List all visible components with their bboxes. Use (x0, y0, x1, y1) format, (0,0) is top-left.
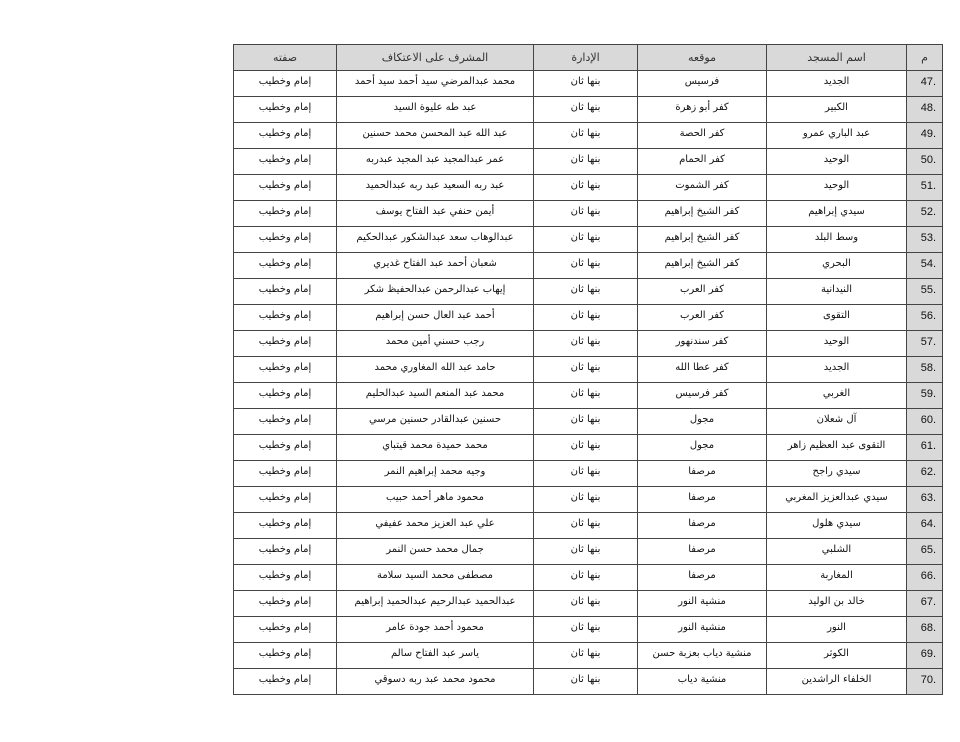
cell-num: 64. (907, 513, 943, 539)
cell-location: كفر الحمام (638, 149, 767, 175)
cell-num: 55. (907, 279, 943, 305)
cell-location: منشية دياب (638, 669, 767, 695)
header-location: موقعه (638, 45, 767, 71)
cell-location: كفر العرب (638, 279, 767, 305)
cell-supervisor: حامد عبد الله المغاوري محمد (337, 357, 534, 383)
cell-location: فرسيس (638, 71, 767, 97)
table-row: 47.الجديدفرسيسبنها ثانمحمد عبدالمرضي سيد… (234, 71, 943, 97)
cell-location: منشية النور (638, 617, 767, 643)
cell-admin: بنها ثان (534, 305, 638, 331)
cell-mosque: التقوى عبد العظيم زاهر (767, 435, 907, 461)
cell-admin: بنها ثان (534, 617, 638, 643)
table-row: 67.خالد بن الوليدمنشية النوربنها ثانعبدا… (234, 591, 943, 617)
cell-mosque: الوحيد (767, 149, 907, 175)
cell-role: إمام وخطيب (234, 461, 337, 487)
cell-location: كفر سندنهور (638, 331, 767, 357)
cell-supervisor: جمال محمد حسن النمر (337, 539, 534, 565)
cell-num: 51. (907, 175, 943, 201)
cell-admin: بنها ثان (534, 409, 638, 435)
cell-admin: بنها ثان (534, 461, 638, 487)
cell-role: إمام وخطيب (234, 331, 337, 357)
cell-num: 62. (907, 461, 943, 487)
header-role: صفته (234, 45, 337, 71)
cell-supervisor: محمود ماهر أحمد حبيب (337, 487, 534, 513)
table-row: 52.سيدي إبراهيمكفر الشيخ إبراهيمبنها ثان… (234, 201, 943, 227)
table-row: 51.الوحيدكفر الشموتبنها ثانعبد ربه السعي… (234, 175, 943, 201)
cell-location: مجول (638, 435, 767, 461)
cell-supervisor: ياسر عبد الفتاح سالم (337, 643, 534, 669)
cell-mosque: الجديد (767, 71, 907, 97)
cell-role: إمام وخطيب (234, 357, 337, 383)
cell-supervisor: شعبان أحمد عبد الفتاح غديري (337, 253, 534, 279)
cell-supervisor: أيمن حنفي عبد الفتاح يوسف (337, 201, 534, 227)
table-row: 61.التقوى عبد العظيم زاهرمجولبنها ثانمحم… (234, 435, 943, 461)
cell-admin: بنها ثان (534, 71, 638, 97)
cell-admin: بنها ثان (534, 201, 638, 227)
cell-role: إمام وخطيب (234, 175, 337, 201)
cell-supervisor: عبد ربه السعيد عبد ربه عبدالحميد (337, 175, 534, 201)
cell-mosque: سيدي إبراهيم (767, 201, 907, 227)
cell-admin: بنها ثان (534, 539, 638, 565)
cell-location: كفر أبو زهرة (638, 97, 767, 123)
cell-supervisor: عبدالحميد عبدالرحيم عبدالحميد إبراهيم (337, 591, 534, 617)
cell-supervisor: محمد عبد المنعم السيد عبدالحليم (337, 383, 534, 409)
cell-num: 63. (907, 487, 943, 513)
cell-mosque: سيدي هلول (767, 513, 907, 539)
cell-num: 68. (907, 617, 943, 643)
table-row: 68.النورمنشية النوربنها ثانمحمود أحمد جو… (234, 617, 943, 643)
cell-num: 70. (907, 669, 943, 695)
cell-location: مرصفا (638, 513, 767, 539)
cell-mosque: المغاربة (767, 565, 907, 591)
cell-num: 66. (907, 565, 943, 591)
cell-admin: بنها ثان (534, 643, 638, 669)
cell-num: 53. (907, 227, 943, 253)
cell-role: إمام وخطيب (234, 201, 337, 227)
cell-mosque: وسط البلد (767, 227, 907, 253)
cell-supervisor: عبدالوهاب سعد عبدالشكور عبدالحكيم (337, 227, 534, 253)
cell-admin: بنها ثان (534, 357, 638, 383)
cell-supervisor: محمد عبدالمرضي سيد أحمد سيد أحمد (337, 71, 534, 97)
table-row: 66.المغاربةمرصفابنها ثانمصطفى محمد السيد… (234, 565, 943, 591)
header-mosque: اسم المسجد (767, 45, 907, 71)
cell-mosque: سيدي راجح (767, 461, 907, 487)
cell-role: إمام وخطيب (234, 539, 337, 565)
cell-mosque: الكبير (767, 97, 907, 123)
table-row: 58.الجديدكفر عطا اللهبنها ثانحامد عبد ال… (234, 357, 943, 383)
cell-num: 49. (907, 123, 943, 149)
cell-role: إمام وخطيب (234, 123, 337, 149)
cell-role: إمام وخطيب (234, 669, 337, 695)
header-num: م (907, 45, 943, 71)
cell-num: 56. (907, 305, 943, 331)
cell-mosque: الخلفاء الراشدين (767, 669, 907, 695)
cell-role: إمام وخطيب (234, 71, 337, 97)
cell-admin: بنها ثان (534, 175, 638, 201)
cell-mosque: عبد الباري عمرو (767, 123, 907, 149)
cell-location: كفر عطا الله (638, 357, 767, 383)
cell-admin: بنها ثان (534, 591, 638, 617)
cell-mosque: الوحيد (767, 175, 907, 201)
cell-role: إمام وخطيب (234, 227, 337, 253)
cell-supervisor: عبد طه عليوة السيد (337, 97, 534, 123)
cell-mosque: الكوثر (767, 643, 907, 669)
cell-mosque: الشلبي (767, 539, 907, 565)
cell-role: إمام وخطيب (234, 487, 337, 513)
cell-supervisor: أحمد عبد العال حسن إبراهيم (337, 305, 534, 331)
table-row: 48.الكبيركفر أبو زهرةبنها ثانعبد طه عليو… (234, 97, 943, 123)
cell-mosque: الجديد (767, 357, 907, 383)
table-row: 70.الخلفاء الراشدينمنشية دياببنها ثانمحم… (234, 669, 943, 695)
cell-role: إمام وخطيب (234, 513, 337, 539)
cell-num: 58. (907, 357, 943, 383)
table-row: 60.آل شعلانمجولبنها ثانحسنين عبدالقادر ح… (234, 409, 943, 435)
cell-location: مجول (638, 409, 767, 435)
cell-num: 67. (907, 591, 943, 617)
cell-location: كفر الشموت (638, 175, 767, 201)
cell-location: كفر الشيخ إبراهيم (638, 227, 767, 253)
cell-num: 61. (907, 435, 943, 461)
cell-role: إمام وخطيب (234, 279, 337, 305)
cell-supervisor: عبد الله عبد المحسن محمد حسنين (337, 123, 534, 149)
cell-mosque: البحري (767, 253, 907, 279)
cell-location: كفر الشيخ إبراهيم (638, 201, 767, 227)
cell-num: 65. (907, 539, 943, 565)
cell-mosque: التقوى (767, 305, 907, 331)
cell-role: إمام وخطيب (234, 383, 337, 409)
header-supervisor: المشرف على الاعتكاف (337, 45, 534, 71)
cell-role: إمام وخطيب (234, 253, 337, 279)
cell-location: مرصفا (638, 461, 767, 487)
cell-mosque: الغربي (767, 383, 907, 409)
cell-admin: بنها ثان (534, 97, 638, 123)
table-body: 47.الجديدفرسيسبنها ثانمحمد عبدالمرضي سيد… (234, 71, 943, 695)
cell-mosque: سيدي عبدالعزيز المغربي (767, 487, 907, 513)
cell-supervisor: محمد حميدة محمد قيتباي (337, 435, 534, 461)
table-row: 54.البحريكفر الشيخ إبراهيمبنها ثانشعبان … (234, 253, 943, 279)
table-row: 63.سيدي عبدالعزيز المغربيمرصفابنها ثانمح… (234, 487, 943, 513)
cell-location: منشية دياب بعزبة حسن (638, 643, 767, 669)
cell-admin: بنها ثان (534, 669, 638, 695)
cell-mosque: النيدانية (767, 279, 907, 305)
cell-role: إمام وخطيب (234, 435, 337, 461)
table-row: 59.الغربيكفر فرسيسبنها ثانمحمد عبد المنع… (234, 383, 943, 409)
cell-num: 47. (907, 71, 943, 97)
cell-supervisor: إيهاب عبدالرحمن عبدالحفيظ شكر (337, 279, 534, 305)
cell-location: مرصفا (638, 565, 767, 591)
cell-admin: بنها ثان (534, 513, 638, 539)
cell-role: إمام وخطيب (234, 97, 337, 123)
cell-admin: بنها ثان (534, 149, 638, 175)
cell-mosque: آل شعلان (767, 409, 907, 435)
cell-supervisor: محمود أحمد جودة عامر (337, 617, 534, 643)
cell-role: إمام وخطيب (234, 305, 337, 331)
cell-num: 59. (907, 383, 943, 409)
mosque-supervisors-table-container: م اسم المسجد موقعه الإدارة المشرف على ال… (233, 44, 942, 695)
table-row: 56.التقوىكفر العرببنها ثانأحمد عبد العال… (234, 305, 943, 331)
cell-role: إمام وخطيب (234, 565, 337, 591)
table-row: 55.النيدانيةكفر العرببنها ثانإيهاب عبدال… (234, 279, 943, 305)
table-row: 69.الكوثرمنشية دياب بعزبة حسنبنها ثانياس… (234, 643, 943, 669)
cell-role: إمام وخطيب (234, 643, 337, 669)
cell-supervisor: عمر عبدالمجيد عبد المجيد عبدربه (337, 149, 534, 175)
table-header-row: م اسم المسجد موقعه الإدارة المشرف على ال… (234, 45, 943, 71)
cell-admin: بنها ثان (534, 487, 638, 513)
cell-location: كفر الشيخ إبراهيم (638, 253, 767, 279)
cell-admin: بنها ثان (534, 123, 638, 149)
table-row: 62.سيدي راجحمرصفابنها ثانوجيه محمد إبراه… (234, 461, 943, 487)
cell-supervisor: رجب حسني أمين محمد (337, 331, 534, 357)
cell-admin: بنها ثان (534, 227, 638, 253)
cell-admin: بنها ثان (534, 383, 638, 409)
table-row: 64.سيدي هلولمرصفابنها ثانعلي عبد العزيز … (234, 513, 943, 539)
cell-admin: بنها ثان (534, 565, 638, 591)
cell-supervisor: وجيه محمد إبراهيم النمر (337, 461, 534, 487)
table-row: 65.الشلبيمرصفابنها ثانجمال محمد حسن النم… (234, 539, 943, 565)
cell-num: 52. (907, 201, 943, 227)
cell-num: 54. (907, 253, 943, 279)
cell-num: 50. (907, 149, 943, 175)
cell-supervisor: مصطفى محمد السيد سلامة (337, 565, 534, 591)
cell-location: كفر العرب (638, 305, 767, 331)
cell-role: إمام وخطيب (234, 149, 337, 175)
cell-supervisor: حسنين عبدالقادر حسنين مرسي (337, 409, 534, 435)
cell-num: 60. (907, 409, 943, 435)
table-row: 50.الوحيدكفر الحمامبنها ثانعمر عبدالمجيد… (234, 149, 943, 175)
cell-supervisor: محمود محمد عبد ربه دسوقي (337, 669, 534, 695)
cell-location: كفر فرسيس (638, 383, 767, 409)
cell-mosque: النور (767, 617, 907, 643)
cell-num: 48. (907, 97, 943, 123)
table-row: 49.عبد الباري عمروكفر الحصةبنها ثانعبد ا… (234, 123, 943, 149)
cell-admin: بنها ثان (534, 331, 638, 357)
cell-location: كفر الحصة (638, 123, 767, 149)
cell-role: إمام وخطيب (234, 591, 337, 617)
cell-role: إمام وخطيب (234, 409, 337, 435)
cell-location: منشية النور (638, 591, 767, 617)
cell-location: مرصفا (638, 487, 767, 513)
cell-admin: بنها ثان (534, 279, 638, 305)
cell-num: 69. (907, 643, 943, 669)
header-admin: الإدارة (534, 45, 638, 71)
cell-location: مرصفا (638, 539, 767, 565)
cell-supervisor: علي عبد العزيز محمد عفيفي (337, 513, 534, 539)
cell-num: 57. (907, 331, 943, 357)
cell-role: إمام وخطيب (234, 617, 337, 643)
mosque-supervisors-table: م اسم المسجد موقعه الإدارة المشرف على ال… (233, 44, 943, 695)
cell-mosque: خالد بن الوليد (767, 591, 907, 617)
cell-mosque: الوحيد (767, 331, 907, 357)
cell-admin: بنها ثان (534, 435, 638, 461)
table-row: 57.الوحيدكفر سندنهوربنها ثانرجب حسني أمي… (234, 331, 943, 357)
cell-admin: بنها ثان (534, 253, 638, 279)
table-row: 53.وسط البلدكفر الشيخ إبراهيمبنها ثانعبد… (234, 227, 943, 253)
